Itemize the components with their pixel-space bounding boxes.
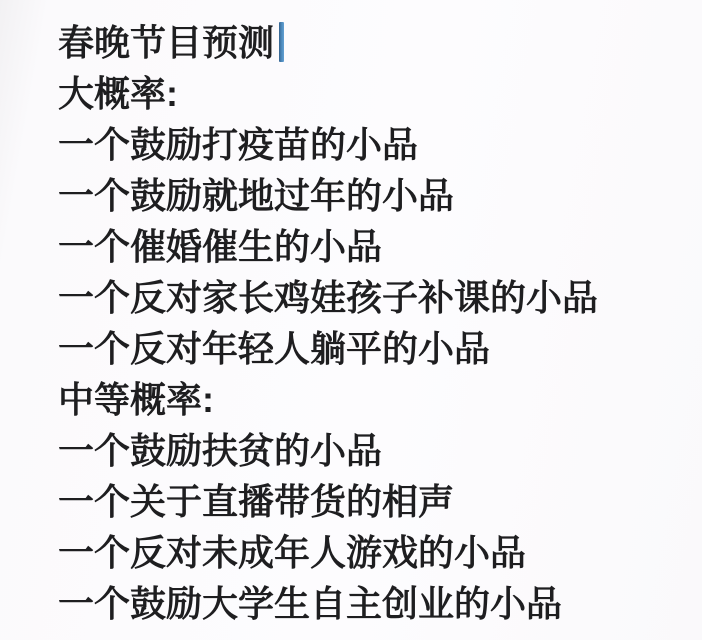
prediction-item[interactable]: 一个鼓励扶贫的小品 [58, 425, 686, 476]
prediction-item[interactable]: 一个反对年轻人躺平的小品 [58, 323, 686, 374]
prediction-item[interactable]: 一个催婚催生的小品 [58, 221, 686, 272]
prediction-item[interactable]: 一个反对未成年人游戏的小品 [58, 527, 686, 578]
prediction-item[interactable]: 一个鼓励就地过年的小品 [58, 170, 686, 221]
section-heading-medium-probability[interactable]: 中等概率: [58, 374, 686, 425]
prediction-item[interactable]: 一个鼓励打疫苗的小品 [58, 119, 686, 170]
prediction-item[interactable]: 一个关于直播带货的相声 [58, 476, 686, 527]
text-caret [279, 22, 284, 62]
prediction-item[interactable]: 一个鼓励大学生自主创业的小品 [58, 578, 686, 629]
section-heading-high-probability[interactable]: 大概率: [58, 68, 686, 119]
note-title-line[interactable]: 春晚节目预测 [58, 17, 686, 68]
note-title[interactable]: 春晚节目预测 [58, 22, 274, 63]
prediction-item[interactable]: 一个反对家长鸡娃孩子补课的小品 [58, 272, 686, 323]
note-editor[interactable]: 春晚节目预测 大概率: 一个鼓励打疫苗的小品 一个鼓励就地过年的小品 一个催婚催… [0, 0, 702, 640]
